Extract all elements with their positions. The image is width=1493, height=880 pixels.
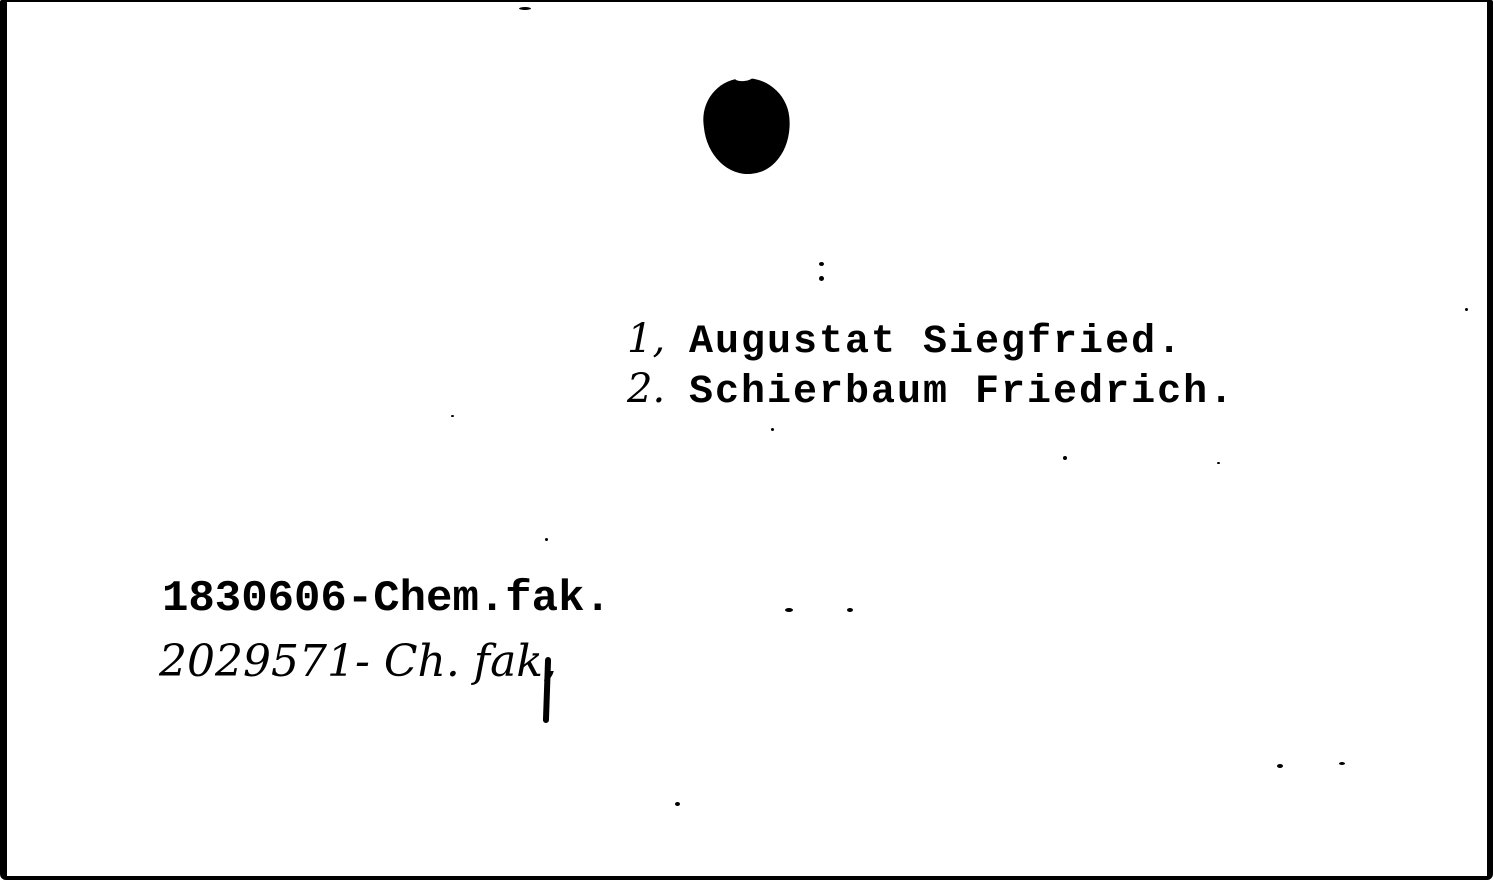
- scan-speck: [545, 538, 548, 541]
- name-line-1: 1, Augustat Siegfried.: [627, 316, 1235, 366]
- typed-id-entry: 1830606-Chem.fak.: [162, 574, 611, 624]
- name-number: 1,: [627, 316, 689, 362]
- handwritten-id-entry: 2029571- Ch. fak,: [159, 636, 557, 687]
- name-text: Augustat Siegfried.: [689, 320, 1183, 365]
- scan-speck: [1063, 456, 1067, 460]
- scan-speck: [847, 608, 853, 612]
- name-number: 2.: [627, 366, 689, 412]
- scan-speck: [451, 415, 454, 417]
- names-block: 1, Augustat Siegfried. 2. Schierbaum Fri…: [627, 316, 1235, 416]
- scan-speck: [519, 7, 531, 10]
- scan-speck: [1465, 308, 1468, 311]
- name-text: Schierbaum Friedrich.: [689, 370, 1235, 415]
- scan-speck: [675, 802, 680, 806]
- scan-speck: [1217, 462, 1220, 464]
- handwriting-stroke: [543, 657, 551, 723]
- index-card: 1, Augustat Siegfried. 2. Schierbaum Fri…: [0, 0, 1493, 880]
- scan-speck: [819, 262, 824, 266]
- name-line-2: 2. Schierbaum Friedrich.: [627, 366, 1235, 416]
- scan-speck: [1277, 764, 1283, 768]
- scan-speck: [819, 276, 824, 281]
- scan-speck: [785, 608, 793, 612]
- scan-speck: [1339, 762, 1345, 765]
- punch-hole-icon: [699, 74, 795, 178]
- scan-speck: [771, 428, 774, 431]
